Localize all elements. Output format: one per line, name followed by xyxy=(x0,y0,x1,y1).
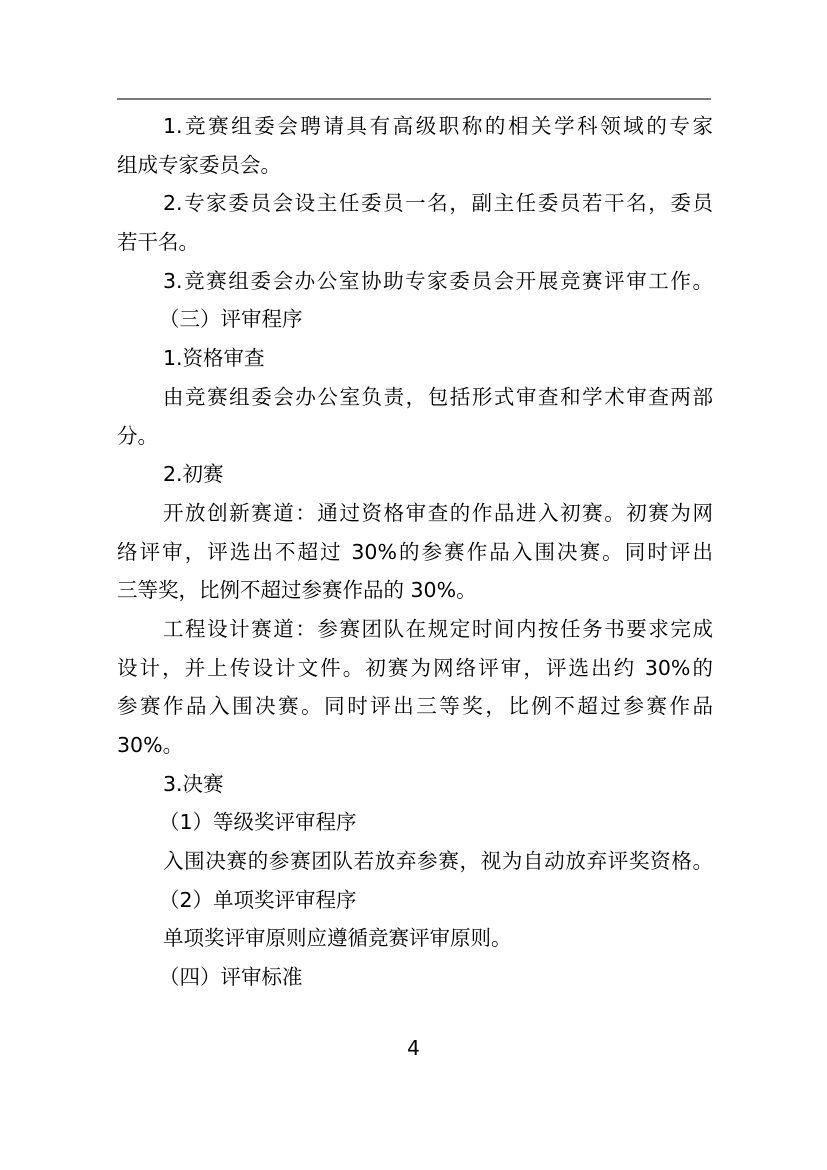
paragraph-line: 工程设计赛道：参赛团队在规定时间内按任务书要求完成 xyxy=(117,610,713,649)
subsection-heading: 3.决赛 xyxy=(117,765,713,804)
sub-subsection-heading: （2）单项奖评审程序 xyxy=(117,881,713,920)
section-heading: （四）评审标准 xyxy=(117,958,713,997)
paragraph-line: 30%。 xyxy=(117,726,713,765)
subsection-heading: 2.初赛 xyxy=(117,455,713,494)
paragraph-line: 入围决赛的参赛团队若放弃参赛，视为自动放弃评奖资格。 xyxy=(117,842,713,881)
header-rule xyxy=(117,98,711,100)
paragraph-line: 络评审，评选出不超过 30%的参赛作品入围决赛。同时评出 xyxy=(117,533,713,572)
subsection-heading: 1.资格审查 xyxy=(117,339,713,378)
paragraph-line: 分。 xyxy=(117,417,713,456)
paragraph-line: 3.竞赛组委会办公室协助专家委员会开展竞赛评审工作。 xyxy=(117,262,713,301)
paragraph-line: 由竞赛组委会办公室负责，包括形式审查和学术审查两部 xyxy=(117,378,713,417)
paragraph-line: 参赛作品入围决赛。同时评出三等奖，比例不超过参赛作品 xyxy=(117,687,713,726)
sub-subsection-heading: （1）等级奖评审程序 xyxy=(117,803,713,842)
paragraph-line: 组成专家委员会。 xyxy=(117,146,713,185)
paragraph-line: 三等奖，比例不超过参赛作品的 30%。 xyxy=(117,571,713,610)
section-heading: （三）评审程序 xyxy=(117,300,713,339)
paragraph-line: 2.专家委员会设主任委员一名，副主任委员若干名，委员 xyxy=(117,184,713,223)
paragraph-line: 若干名。 xyxy=(117,223,713,262)
paragraph-line: 1.竞赛组委会聘请具有高级职称的相关学科领域的专家 xyxy=(117,107,713,146)
paragraph-line: 单项奖评审原则应遵循竞赛评审原则。 xyxy=(117,919,713,958)
paragraph-line: 设计，并上传设计文件。初赛为网络评审，评选出约 30%的 xyxy=(117,649,713,688)
paragraph-line: 开放创新赛道：通过资格审查的作品进入初赛。初赛为网 xyxy=(117,494,713,533)
document-body: 1.竞赛组委会聘请具有高级职称的相关学科领域的专家 组成专家委员会。 2.专家委… xyxy=(117,107,713,997)
page-number: 4 xyxy=(0,1036,827,1060)
